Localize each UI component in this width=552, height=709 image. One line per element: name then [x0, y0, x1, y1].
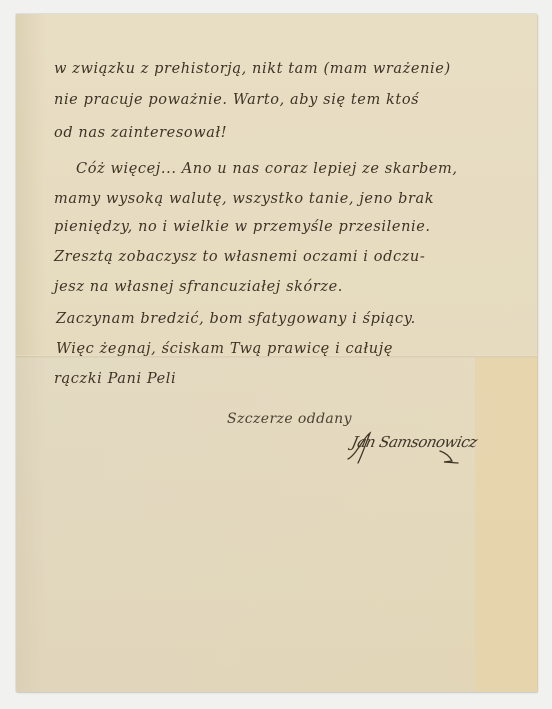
letter-closing: Szczerze oddany	[227, 411, 352, 427]
letter-line: rączki Pani Peli	[54, 371, 176, 387]
discolored-band	[475, 357, 537, 692]
letter-line: Zaczynam bredzić, bom sfatygowany i śpią…	[56, 311, 416, 327]
lower-half-shading	[16, 357, 537, 692]
letter-line: w związku z prehistorją, nikt tam (mam w…	[54, 61, 451, 77]
letter-line: nie pracuje poważnie. Warto, aby się tem…	[54, 92, 419, 108]
letter-line: Cóż więcej... Ano u nas coraz lepiej ze …	[76, 161, 458, 177]
letter-line: Więc żegnaj, ściskam Twą prawicę i całuj…	[56, 341, 393, 357]
letter-line: jesz na własnej sfrancuziałej skórze.	[54, 279, 343, 295]
signature-flourish-icon	[346, 429, 466, 469]
letter-line: pieniędzy, no i wielkie w przemyśle prze…	[54, 219, 431, 235]
letter-line: Zresztą zobaczysz to własnemi oczami i o…	[54, 249, 425, 265]
letter-line: mamy wysoką walutę, wszystko tanie, jeno…	[54, 191, 434, 207]
letter-page: w związku z prehistorją, nikt tam (mam w…	[16, 14, 537, 692]
letter-line: od nas zainteresował!	[54, 125, 227, 141]
